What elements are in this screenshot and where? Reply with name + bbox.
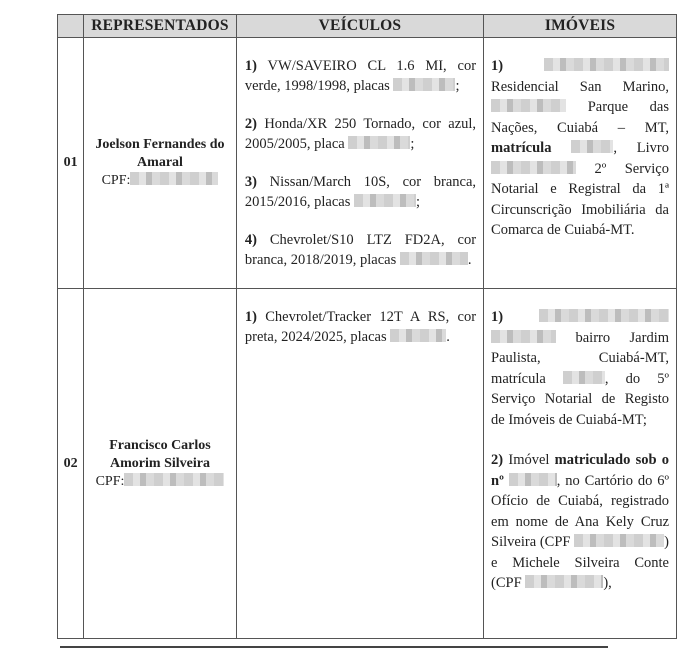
property-item: 1) Residencial San Marino, Parque das Na… [491,56,669,241]
redacted-plate [393,78,455,91]
header-representados: REPRESENTADOS [84,15,237,38]
property-item: 1) bairro Jardim Paulista, Cuiabá-MT, ma… [491,307,669,430]
redacted-plate [400,252,468,265]
redacted-plate [354,194,416,207]
vehicle-item: 4) Chevrolet/S10 LTZ FD2A, cor branca, 2… [245,230,476,270]
representative-name: Francisco Carlos Amorim Silveira [84,437,236,473]
row-number: 01 [58,38,84,289]
vehicle-item: 1) VW/SAVEIRO CL 1.6 MI, cor verde, 1998… [245,56,476,96]
redacted-address [539,309,669,322]
redacted-plate [390,329,446,342]
table-row: 02 Francisco Carlos Amorim Silveira CPF:… [58,289,677,639]
redacted-book [491,161,576,174]
redacted-cpf [124,473,224,486]
redacted-cpf [574,534,664,547]
table-row: 01 Joelson Fernandes do Amaral CPF: 1) V… [58,38,677,289]
table-header-row: REPRESENTADOS VEÍCULOS IMÓVEIS [58,15,677,38]
vehicle-item: 1) Chevrolet/Tracker 12T A RS, cor preta… [245,307,476,347]
vehicle-item: 2) Honda/XR 250 Tornado, cor azul, 2005/… [245,114,476,154]
row-number: 02 [58,289,84,639]
representative-name: Joelson Fernandes do Amaral [84,136,236,172]
cpf-label: CPF: [102,173,131,188]
redacted-address [491,99,566,112]
vehicle-item: 3) Nissan/March 10S, cor branca, 2015/20… [245,172,476,212]
property-item: 2) Imóvel matriculado sob o nº , no Cart… [491,450,669,594]
properties-cell: 1) Residencial San Marino, Parque das Na… [484,38,677,289]
header-veiculos: VEÍCULOS [236,15,483,38]
redacted-cpf [130,172,218,185]
redacted-address [544,58,669,71]
redacted-registration [563,371,605,384]
representative-cell: Joelson Fernandes do Amaral CPF: [84,38,237,289]
header-imoveis: IMÓVEIS [484,15,677,38]
vehicles-cell: 1) Chevrolet/Tracker 12T A RS, cor preta… [236,289,483,639]
properties-cell: 1) bairro Jardim Paulista, Cuiabá-MT, ma… [484,289,677,639]
representative-cell: Francisco Carlos Amorim Silveira CPF: [84,289,237,639]
footer-rule [60,646,608,648]
redacted-registration [509,473,557,486]
redacted-registration [571,140,613,153]
header-number [58,15,84,38]
redacted-plate [348,136,410,149]
redacted-cpf [525,575,603,588]
representatives-table: REPRESENTADOS VEÍCULOS IMÓVEIS 01 Joelso… [57,14,677,639]
vehicles-cell: 1) VW/SAVEIRO CL 1.6 MI, cor verde, 1998… [236,38,483,289]
cpf-label: CPF: [96,474,125,489]
redacted-address [491,330,556,343]
